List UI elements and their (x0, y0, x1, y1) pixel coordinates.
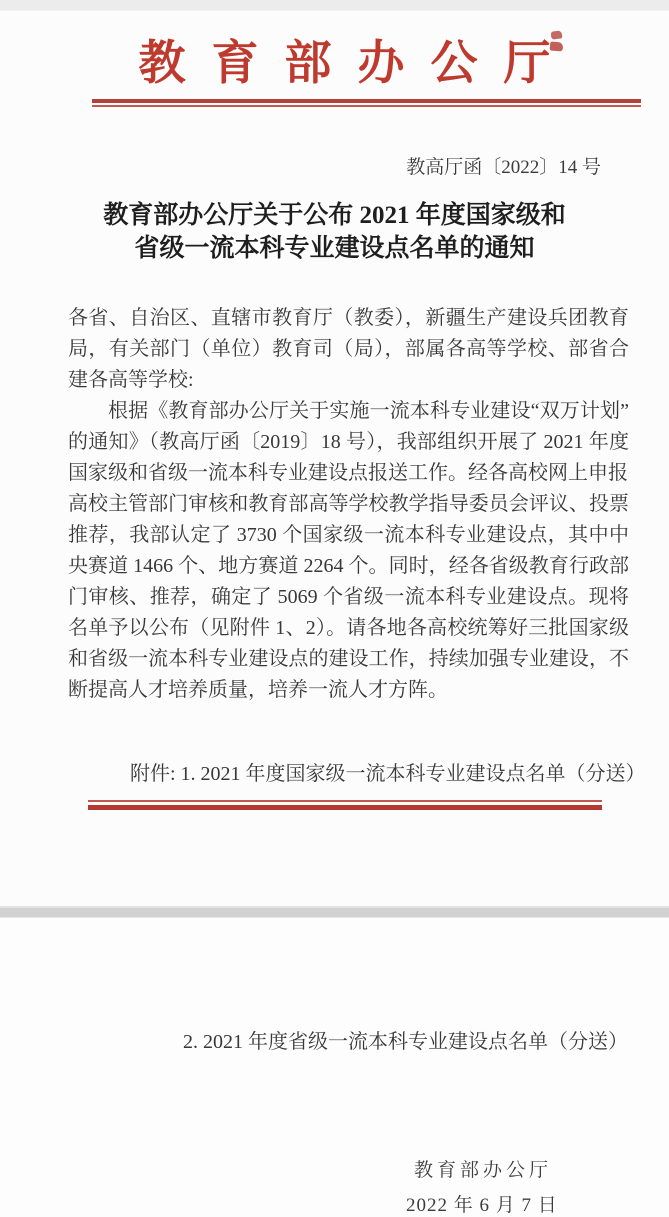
page-break-separator (0, 906, 669, 918)
document-title-line2: 省级一流本科专业建设点名单的通知 (0, 232, 669, 265)
red-seal-smudge-icon (550, 41, 564, 51)
rule-thick-line (88, 805, 602, 810)
signature-organization: 教育部办公厅 (414, 1155, 552, 1182)
body-paragraph-line: 国家级和省级一流本科专业建设点报送工作。经各高校网上申报、 (68, 458, 629, 489)
document-reference-number: 教高厅函〔2022〕14 号 (406, 152, 601, 179)
body-paragraph-line: 高校主管部门审核和教育部高等学校教学指导委员会评议、投票 (68, 489, 629, 520)
addressee-line: 建各高等学校: (68, 365, 629, 396)
attachment-list-item-2: 2. 2021 年度省级一流本科专业建设点名单（分送） (183, 1025, 628, 1054)
document-body: 各省、自治区、直辖市教育厅（教委），新疆生产建设兵团教育 局，有关部门（单位）教… (68, 303, 629, 706)
body-paragraph-line: 门审核、推荐，确定了 5069 个省级一流本科专业建设点。现将 (68, 582, 629, 613)
document-title-line1: 教育部办公厅关于公布 2021 年度国家级和 (0, 199, 669, 232)
addressee-line: 各省、自治区、直辖市教育厅（教委），新疆生产建设兵团教育 (68, 303, 629, 334)
attachment-list-item-1: 附件: 1. 2021 年度国家级一流本科专业建设点名单（分送） (130, 757, 646, 786)
body-paragraph-line: 根据《教育部办公厅关于实施一流本科专业建设“双万计划” (68, 396, 629, 427)
letterhead-double-rule (92, 99, 641, 107)
rule-thin-line (92, 105, 641, 107)
signature-date: 2022 年 6 月 7 日 (406, 1190, 558, 1217)
body-paragraph-line: 断提高人才培养质量，培养一流人才方阵。 (68, 675, 629, 706)
body-paragraph-line: 的通知》（教高厅函〔2019〕18 号），我部组织开展了 2021 年度 (68, 427, 629, 458)
red-seal-smudge-icon (550, 30, 562, 39)
scan-top-edge-strip (0, 0, 669, 11)
body-paragraph-line: 名单予以公布（见附件 1、2）。请各地各高校统筹好三批国家级 (68, 613, 629, 644)
body-paragraph-line: 和省级一流本科专业建设点的建设工作，持续加强专业建设，不 (68, 644, 629, 675)
body-paragraph-line: 央赛道 1466 个、地方赛道 2264 个。同时，经各省级教育行政部 (68, 551, 629, 582)
footer-double-rule (88, 800, 602, 810)
document-title: 教育部办公厅关于公布 2021 年度国家级和 省级一流本科专业建设点名单的通知 (0, 199, 669, 265)
page-two (0, 919, 669, 1217)
issuing-org-letterhead: 教育部办公厅 (10, 26, 669, 93)
addressee-line: 局，有关部门（单位）教育司（局），部属各高等学校、部省合 (68, 334, 629, 365)
body-paragraph-line: 推荐，我部认定了 3730 个国家级一流本科专业建设点，其中中 (68, 520, 629, 551)
